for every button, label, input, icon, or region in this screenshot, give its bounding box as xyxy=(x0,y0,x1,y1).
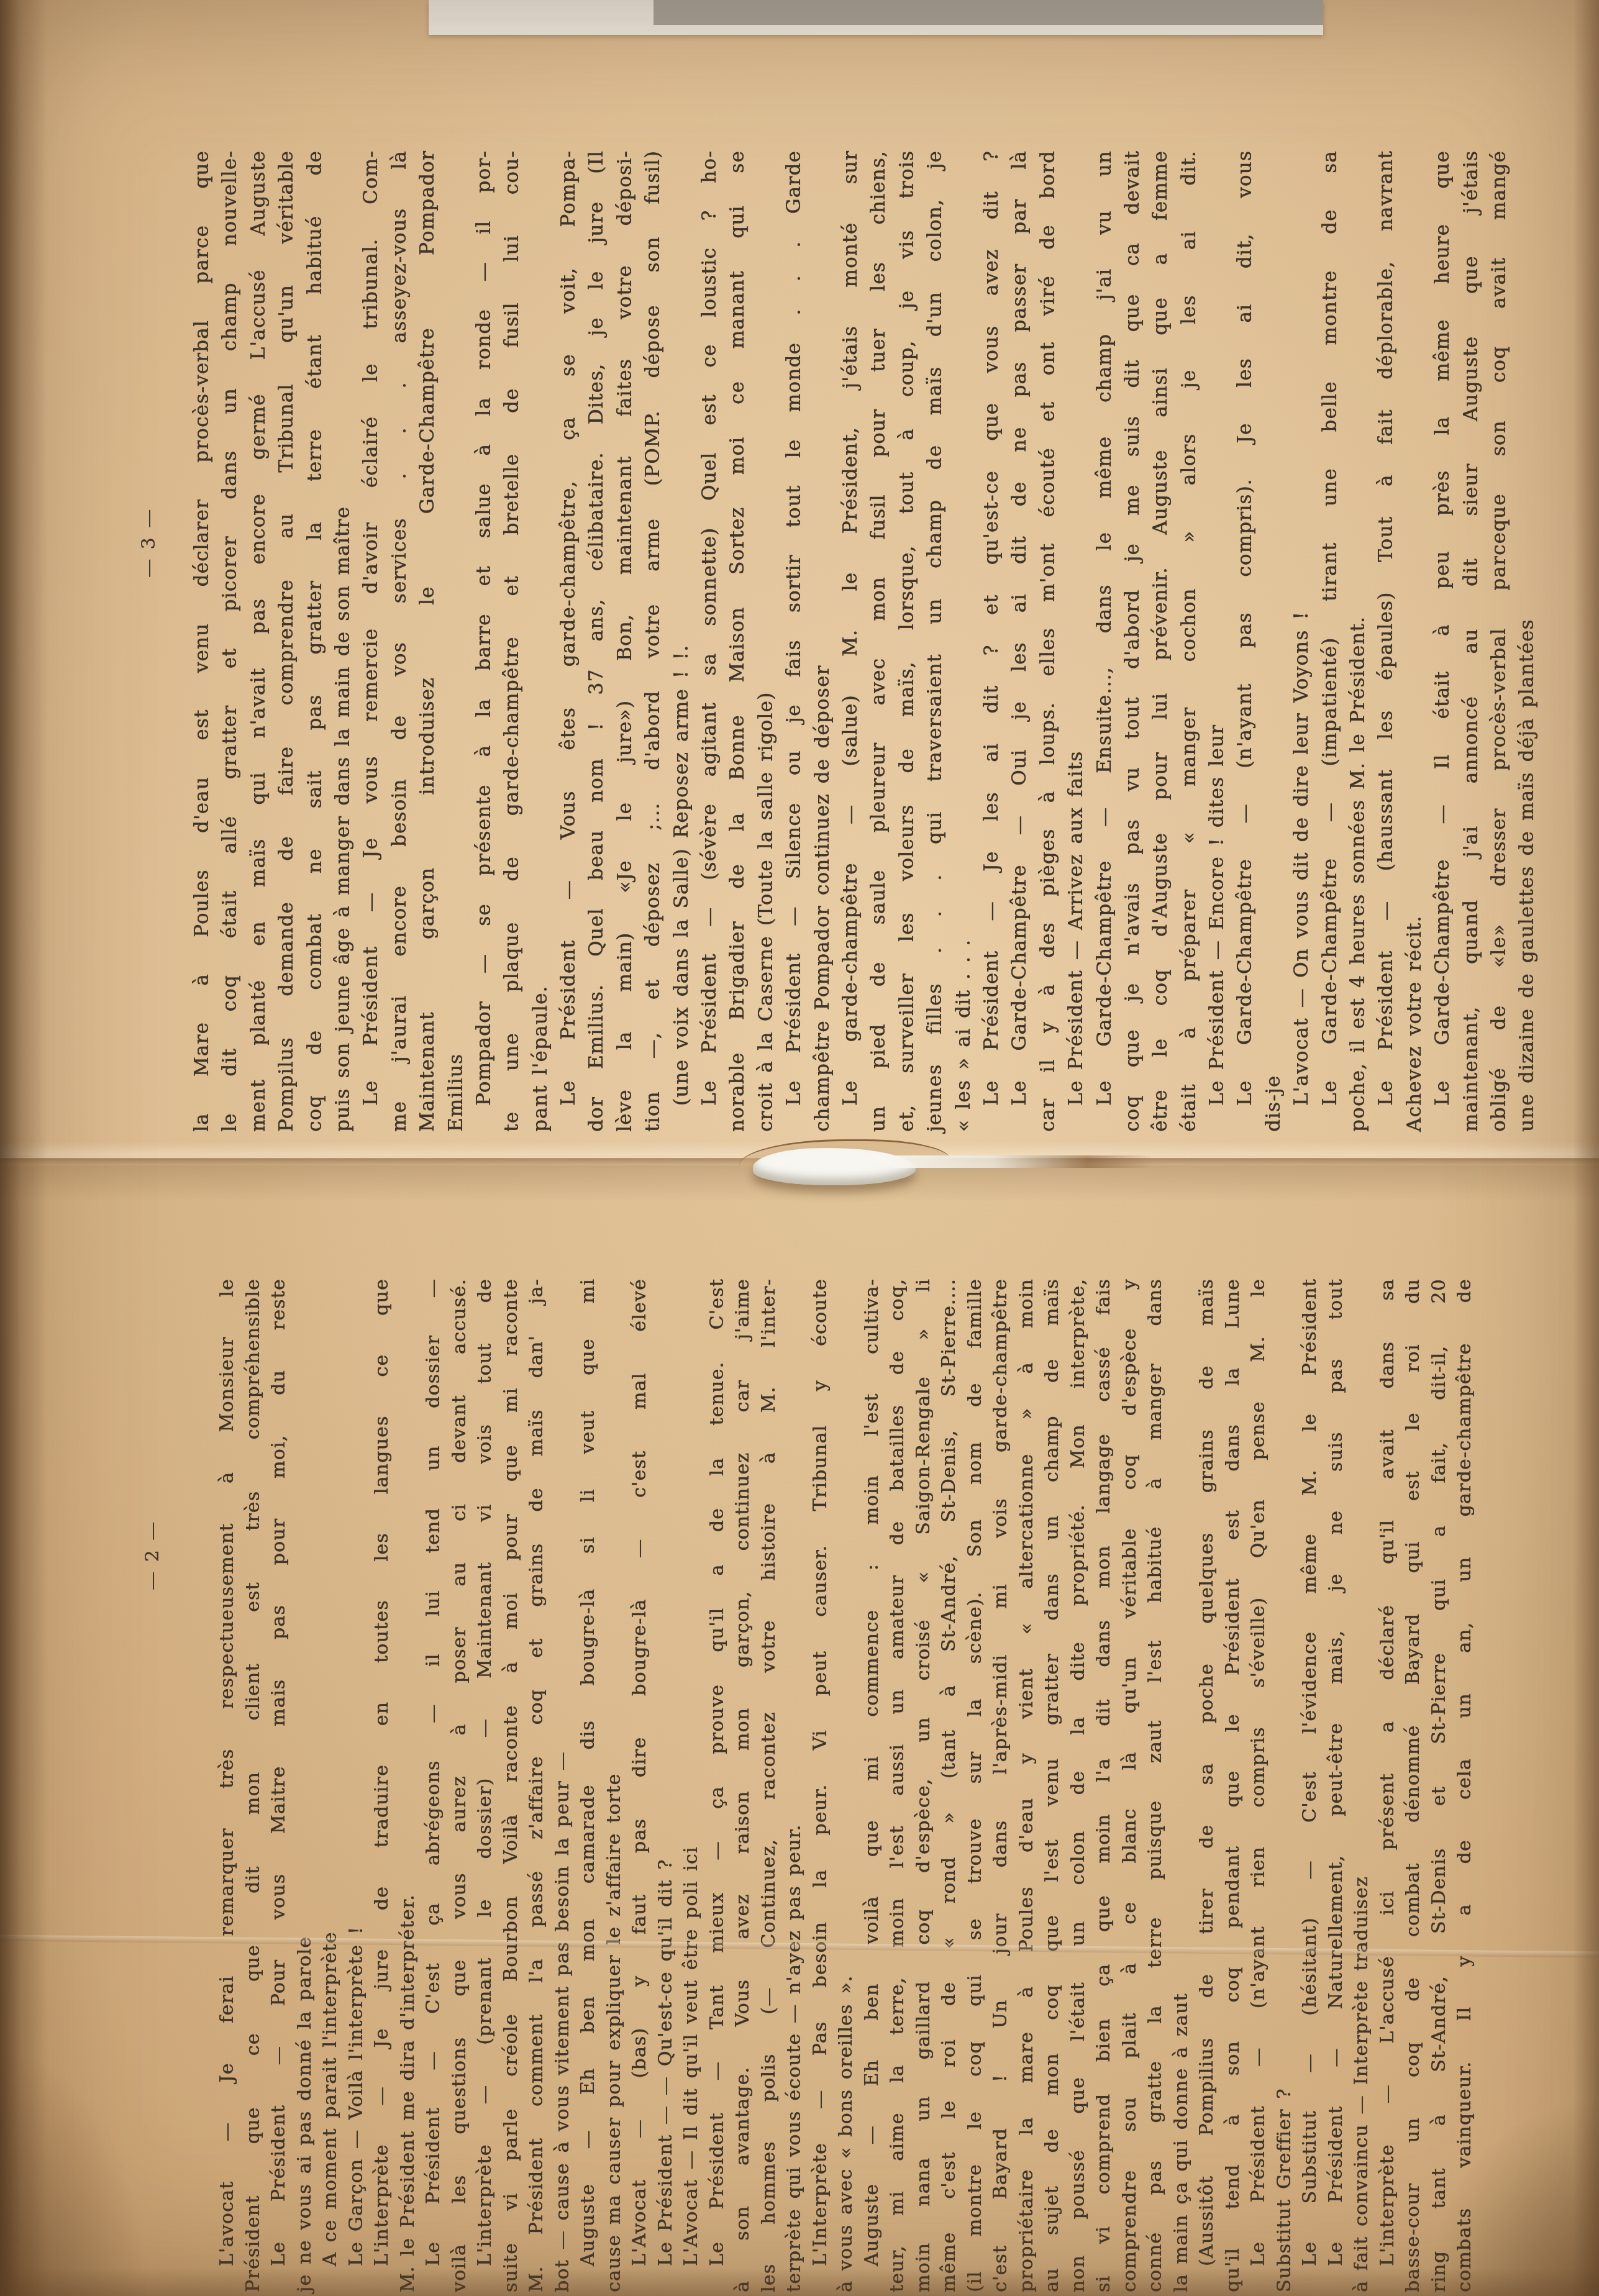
text-line: Maintenant garçon introduisez le Garde-C… xyxy=(414,150,442,1132)
text-line: coq de combat ne sait pas gratter la ter… xyxy=(301,150,329,1132)
text-line: suite vi parle créole Bourbon Voilà raco… xyxy=(498,1278,524,2292)
text-line: cause ma causer pour expliquer le z'affa… xyxy=(601,1278,627,2292)
page-3-text-block: la Mare à Poules d'eau est venu déclarer… xyxy=(188,150,1542,1132)
text-line: qu'il tend à son coq pendant que le Prés… xyxy=(1220,1278,1246,2292)
text-line: « les » ai dit . . . xyxy=(950,150,978,1132)
text-line: Pompador — se présente à la barre et sal… xyxy=(470,150,498,1132)
bottom-right-corner-shadow xyxy=(1425,2097,1599,2296)
scanner-edge-gray-strip xyxy=(654,0,1323,25)
text-line: comprendre sou plait à ce blanc là qu'un… xyxy=(1117,1278,1143,2292)
text-line: maintenant, quand j'ai annoncé au dit si… xyxy=(1457,150,1485,1132)
text-line: Le Garçon — Voilà l'interprète ! xyxy=(344,1278,370,2292)
text-line: M. le Président me dira d'interpréter. xyxy=(395,1278,421,2292)
text-line: au sujet de mon coq que l'est venu gratt… xyxy=(1039,1278,1065,2292)
text-line: L'avocat — On vous dit de dire leur Voyo… xyxy=(1288,150,1316,1132)
bottom-page-edge-shadow xyxy=(0,2267,1599,2296)
text-line: une dizaine de gaulettes de maïs déjà pl… xyxy=(1513,150,1541,1132)
text-line: me j'aurai encore besoin de vos services… xyxy=(386,150,414,1132)
text-line: Le Président — Pour vous Maitre mais pas… xyxy=(266,1278,292,2292)
text-line: ment planté en maïs qui n'avait pas enco… xyxy=(245,150,273,1132)
text-line: L'interprète — L'accusé ici présent a dé… xyxy=(1375,1278,1401,2292)
text-line: Le Président — (n'ayant rien compris s'é… xyxy=(1246,1278,1272,2292)
text-line: à vous avec « bons oreilles ». xyxy=(833,1278,859,2292)
text-line: Le Président — Vous êtes garde-champêtre… xyxy=(555,150,583,1132)
text-line: un pied de saule pleureur avec mon fusil… xyxy=(865,150,893,1132)
text-line: même c'est le roi de « rond » (tant à St… xyxy=(936,1278,962,2292)
text-line: Le Président — Naturellement, peut-être … xyxy=(1323,1278,1349,2292)
text-line: tion —, et déposez ;... d'abord votre ar… xyxy=(639,150,667,1132)
text-line: Le Président — Tant mieux — ça prouve qu… xyxy=(704,1278,731,2292)
text-line: était à préparer « manger cochon » alors… xyxy=(1175,150,1203,1132)
text-line: L'Avocat — Il dit qu'il veut être poli i… xyxy=(678,1278,704,2292)
text-line: Le Garde-Champêtre — Ensuite..., dans le… xyxy=(1091,150,1119,1132)
text-line: Le Garde-Champêtre — (n'ayant pas compri… xyxy=(1231,150,1259,1132)
paper-tear-slit xyxy=(887,1155,1154,1168)
text-line: bot — cause à vous vitement pas besoin l… xyxy=(550,1278,576,2292)
text-line: les hommes polis (— Continuez, racontez … xyxy=(756,1278,782,2292)
text-line: Le Président — (haussant les épaules) To… xyxy=(1372,150,1400,1132)
text-line: dis-je xyxy=(1260,150,1288,1132)
text-line: Le Garde-Champêtre — (impatienté) tirant… xyxy=(1316,150,1344,1132)
text-line: puis son jeune âge à manger dans la main… xyxy=(329,150,357,1132)
text-line: M. Président comment l'a passé z'affaire… xyxy=(524,1278,550,2292)
text-line: Le Président — Silence ou je fais sortir… xyxy=(780,150,808,1132)
text-line: propriétaire la mare à Poules d'eau y vi… xyxy=(1014,1278,1040,2292)
text-line: Auguste — Eh ben voilà que mi commence :… xyxy=(859,1278,885,2292)
text-line: à son avantage. Vous avez raison mon gar… xyxy=(730,1278,756,2292)
text-line: Le Président — — Qu'est-ce qu'il dit ? xyxy=(653,1278,679,2292)
text-line: non poussé que l'était un colon de la di… xyxy=(1065,1278,1091,2292)
text-line: et, surveiller les voleurs de maïs, lors… xyxy=(893,150,921,1132)
text-line: car il y à des pièges à loups. elles m'o… xyxy=(1034,150,1062,1132)
text-line: croit à la Caserne (Toute la salle rigol… xyxy=(752,150,780,1132)
text-line: Pompilus demande de faire comprendre au … xyxy=(273,150,301,1132)
scanned-booklet-spread: — 2 — L'avocat — Je ferai remarquer très… xyxy=(0,0,1599,2296)
text-line: (une voix dans la Salle) Reposez arme ! … xyxy=(668,150,696,1132)
text-line: L'Interprète — Pas besoin la peur. Vi pe… xyxy=(808,1278,834,2292)
text-line: jeunes filles . . . qui traversaient un … xyxy=(921,150,949,1132)
text-line: teur, mi aime la terre, moin l'est aussi… xyxy=(885,1278,911,2292)
text-line: être le coq d'Auguste pour lui prévenir.… xyxy=(1147,150,1175,1132)
text-line: le dit coq était allé gratter et picorer… xyxy=(216,150,244,1132)
text-line: Achevez votre récit. xyxy=(1401,150,1429,1132)
text-line: (il montre le coq qui se trouve sur la s… xyxy=(962,1278,988,2292)
text-line: si vi comprend bien ça que moin l'a dit … xyxy=(1091,1278,1117,2292)
text-line: basse-cour un coq de combat dénommé Baya… xyxy=(1400,1278,1426,2292)
text-line: L'Avocat — (bas) y faut pas dire bougre-… xyxy=(627,1278,653,2292)
text-line: L'interprète — (prenant le dossier) — Ma… xyxy=(472,1278,498,2292)
text-line: norable Brigadier de la Bonne Maison Sor… xyxy=(724,150,752,1132)
left-page-edge-shadow xyxy=(0,0,47,2296)
text-line: pant l'épaule. xyxy=(527,150,555,1132)
text-line: Le Président — Je vous remercie d'avoir … xyxy=(357,150,385,1132)
text-line: Le garde-champêtre — (salue) M. le Prési… xyxy=(837,150,865,1132)
text-line: Le Président — Je les ai dit ? et qu'est… xyxy=(978,150,1006,1132)
text-line: champêtre Pompador continuez de déposer xyxy=(809,150,837,1132)
text-line: Substitut Greffier ? xyxy=(1272,1278,1298,2292)
text-line: terprète qui vous écoute — n'ayez pas pe… xyxy=(781,1278,808,2292)
text-line: moin nana un gaillard coq d'espèce, un c… xyxy=(911,1278,937,2292)
text-line: la Mare à Poules d'eau est venu déclarer… xyxy=(188,150,216,1132)
text-line: L'interprète — Je jure de traduire en to… xyxy=(369,1278,395,2292)
text-line: coq que je n'avais pas vu tout d'abord j… xyxy=(1119,150,1147,1132)
text-line: Le Président — Encore ! dites leur xyxy=(1203,150,1231,1132)
text-line: Président que ce que dit mon client est … xyxy=(240,1278,266,2292)
text-line: Le Président — (sévère agitant sa sonnet… xyxy=(696,150,724,1132)
text-line: Emilius xyxy=(442,150,470,1132)
text-line: Le Président — C'est ça abrégeons — il l… xyxy=(421,1278,447,2292)
page-number-right: — 3 — xyxy=(138,508,160,578)
text-line: dor Emilius. Quel beau nom ! 37 ans, cél… xyxy=(583,150,611,1132)
text-line: Le Garde-Champêtre — Oui je les ai dit d… xyxy=(1006,150,1034,1132)
page-2-text-block: L'avocat — Je ferai remarquer très respe… xyxy=(214,1278,1478,2292)
text-line: obligé de «le» dresser procès-verbal par… xyxy=(1485,150,1513,1132)
bottom-left-corner-shadow xyxy=(0,2048,149,2296)
text-line: Le Substitut — (hésitant) — C'est l'évid… xyxy=(1297,1278,1323,2292)
text-line: lève la main) «Je le jure») Bon, mainten… xyxy=(611,150,639,1132)
text-line: je ne vous ai pas donné la parole xyxy=(292,1278,318,2292)
text-line: L'avocat — Je ferai remarquer très respe… xyxy=(214,1278,240,2292)
text-line: conné pas gratte la terre puisque zaut l… xyxy=(1142,1278,1168,2292)
right-page-edge-shadow xyxy=(1573,0,1599,2296)
text-line: à fait convaincu — Interprète traduisez xyxy=(1349,1278,1375,2292)
text-line: c'est Bayard ! Un jour dans l'après-midi… xyxy=(988,1278,1014,2292)
text-line: Auguste — Eh ben mon camarade dis bougre… xyxy=(575,1278,601,2292)
text-line: A ce moment parait l'interprète xyxy=(317,1278,344,2292)
text-line: Le Garde-Champêtre — Il était à peu près… xyxy=(1429,150,1457,1132)
text-line: te une plaque de garde-champêtre et bret… xyxy=(498,150,526,1132)
page-number-left: — 2 — xyxy=(142,1520,163,1590)
text-line: (Aussitôt Pompilius de tirer de sa poche… xyxy=(1194,1278,1220,2292)
text-line: Le Président — Arrivez aux faits xyxy=(1062,150,1090,1132)
text-line: voilà les questions que vous aurez à pos… xyxy=(447,1278,473,2292)
text-line: poche, il est 4 heures sonnées M. le Pré… xyxy=(1344,150,1372,1132)
text-line: la main ça qui donne à zaut xyxy=(1168,1278,1195,2292)
